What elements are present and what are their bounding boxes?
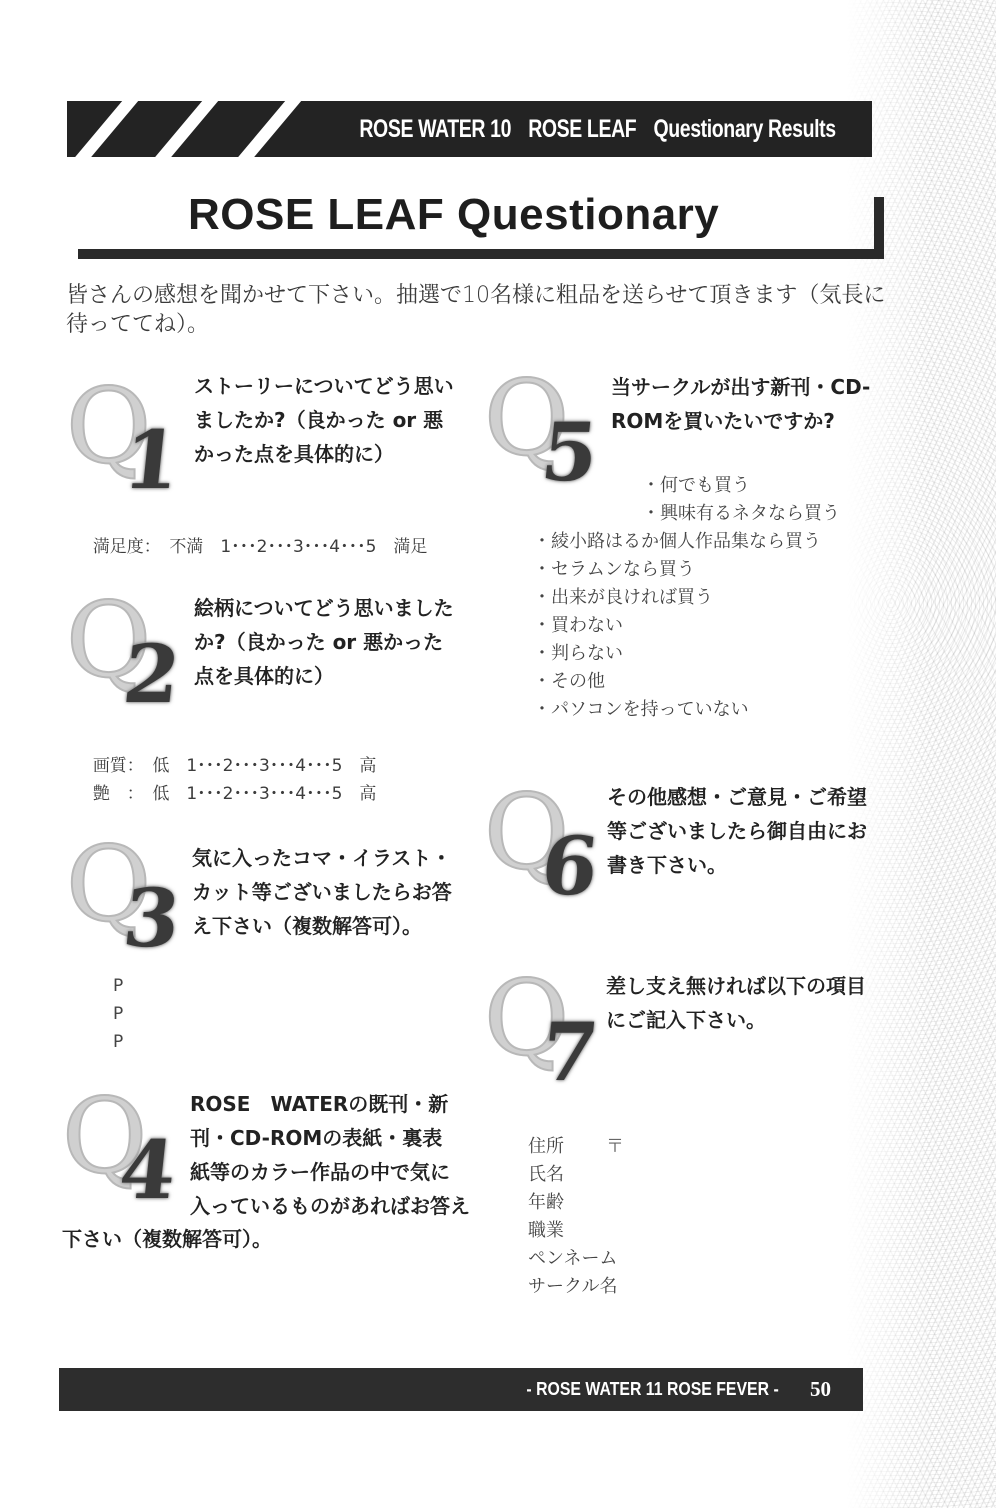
q5-option[interactable]: ・興味有るネタなら買う [642, 500, 840, 528]
footer-text: - ROSE WATER 11 ROSE FEVER - [527, 1368, 779, 1411]
page-number: 50 [810, 1368, 831, 1411]
q7-badge-icon: Q 7 [484, 972, 604, 1092]
q5-option[interactable]: ・綾小路はるか個人作品集なら買う [533, 528, 821, 556]
q5-badge-icon: Q 5 [484, 372, 604, 492]
footer-banner: - ROSE WATER 11 ROSE FEVER - 50 [59, 1368, 863, 1411]
field-address[interactable]: 住所〒 [528, 1133, 624, 1161]
q1-badge-icon: Q 1 [66, 380, 186, 500]
q7-question: 差し支え無ければ以下の項目 にご記入下さい。 [606, 969, 866, 1037]
q3-answer-line-1[interactable]: P [113, 976, 123, 996]
field-occupation[interactable]: 職業 [528, 1217, 624, 1245]
banner-stripe [67, 101, 147, 157]
intro-text: 皆さんの感想を聞かせて下さい。抽選で10名様に粗品を送らせて頂きます（気長に待っ… [66, 281, 896, 339]
q5-options-indented: ・何でも買う ・興味有るネタなら買う [642, 472, 840, 528]
q5-option[interactable]: ・買わない [533, 612, 821, 640]
field-pen-name[interactable]: ペンネーム [528, 1245, 624, 1273]
q3-answer-line-3[interactable]: P [113, 1032, 123, 1052]
header-banner: ROSE WATER 10ROSE LEAFQuestionary Result… [67, 101, 872, 157]
q3-badge-icon: Q 3 [66, 838, 186, 958]
banner-stripe [226, 101, 309, 157]
q3-question: 気に入ったコマ・イラスト・カット等ございましたらお答え下さい（複数解答可）。 [192, 841, 460, 943]
q3-answer-line-2[interactable]: P [113, 1004, 123, 1024]
q6-question: その他感想・ご意見・ご希望 等ございましたら御自由にお 書き下さい。 [607, 780, 867, 882]
q4-badge-icon: Q 4 [62, 1090, 182, 1210]
q2-gloss-scale[interactable]: 艶 ： 低 1･･･2･･･3･･･4･･･5 高 [82, 759, 376, 804]
postal-mark-icon: 〒 [606, 1136, 624, 1157]
q2-badge-icon: Q 2 [66, 594, 186, 714]
q5-option[interactable]: ・出来が良ければ買う [533, 584, 821, 612]
q5-options: ・綾小路はるか個人作品集なら買う ・セラムンなら買う ・出来が良ければ買う ・買… [533, 528, 821, 724]
q4-question-tail: 下さい（複数解答可）。 [62, 1222, 272, 1256]
q4-question: ROSE WATERの既刊・新 刊・CD-ROMの表紙・裏表 紙等のカラー作品の… [190, 1087, 460, 1223]
field-name[interactable]: 氏名 [528, 1161, 624, 1189]
q5-option[interactable]: ・その他 [533, 668, 821, 696]
field-age[interactable]: 年齢 [528, 1189, 624, 1217]
banner-text: ROSE WATER 10ROSE LEAFQuestionary Result… [343, 101, 836, 157]
q5-option[interactable]: ・何でも買う [642, 472, 840, 500]
q5-option[interactable]: ・セラムンなら買う [533, 556, 821, 584]
q5-question: 当サークルが出す新刊・CD- ROMを買いたいですか? [611, 370, 870, 438]
page-title: ROSE LEAF Questionary [188, 190, 719, 240]
q5-option[interactable]: ・判らない [533, 640, 821, 668]
field-circle-name[interactable]: サークル名 [528, 1273, 624, 1301]
q7-fields: 住所〒 氏名 年齢 職業 ペンネーム サークル名 [528, 1133, 624, 1301]
banner-stripe [143, 101, 226, 157]
q1-satisfaction-scale[interactable]: 満足度： 不満 1･･･2･･･3･･･4･･･5 満足 [82, 512, 427, 557]
banner-series: ROSE WATER 10 [360, 115, 512, 143]
q6-badge-icon: Q 6 [484, 786, 604, 906]
banner-subtitle: Questionary Results [654, 115, 836, 143]
q2-question: 絵柄についてどう思いましたか?（良かった or 悪かった点を具体的に） [194, 591, 459, 693]
q1-question: ストーリーについてどう思いましたか?（良かった or 悪かった点を具体的に） [194, 369, 459, 471]
banner-issue: ROSE LEAF [529, 115, 637, 143]
q5-option[interactable]: ・パソコンを持っていない [533, 696, 821, 724]
